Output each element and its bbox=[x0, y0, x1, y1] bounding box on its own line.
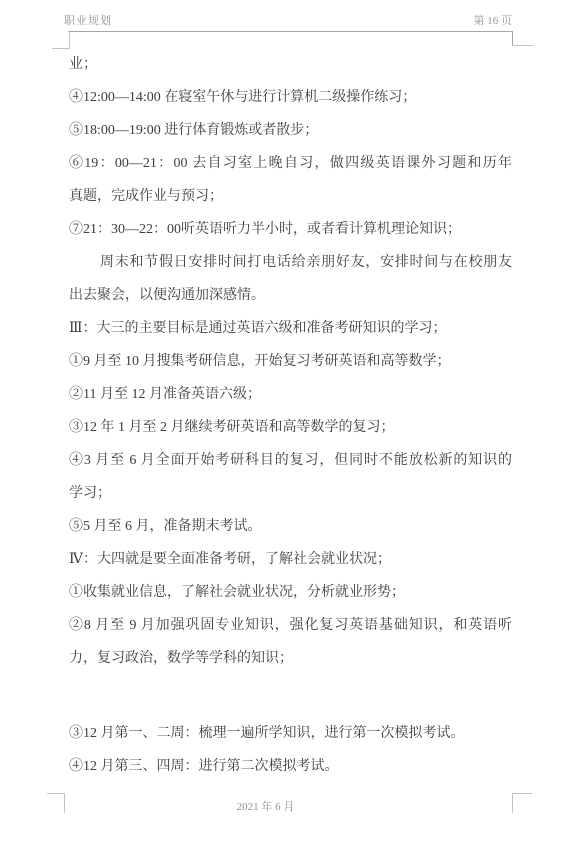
margin-bracket-top-right-icon bbox=[512, 31, 533, 46]
text-line: ④12:00—14:00 在寝室午休与进行计算机二级操作练习； bbox=[69, 81, 512, 114]
text-line: 业； bbox=[69, 48, 512, 81]
text-line: ②11 月至 12 月准备英语六级； bbox=[69, 378, 512, 411]
header-page-number: 第 16 页 bbox=[474, 15, 513, 28]
text-line: ②8 月至 9 月加强巩固专业知识，强化复习英语基础知识，和英语听 bbox=[69, 609, 512, 642]
text-line: Ⅲ：大三的主要目标是通过英语六级和准备考研知识的学习； bbox=[69, 312, 512, 345]
text-line: ①收集就业信息，了解社会就业状况，分析就业形势； bbox=[69, 576, 512, 609]
text-line: 力，复习政治，数学等学科的知识； bbox=[69, 642, 512, 675]
header-rule bbox=[68, 31, 512, 32]
document-body: 业；④12:00—14:00 在寝室午休与进行计算机二级操作练习；⑤18:00—… bbox=[69, 48, 512, 783]
header-title: 职业规划 bbox=[64, 15, 112, 28]
text-line: 学习； bbox=[69, 477, 512, 510]
text-line: ④12 月第三、四周：进行第二次模拟考试。 bbox=[69, 750, 512, 783]
text-line: 周末和节假日安排时间打电话给亲朋好友，安排时间与在校朋友 bbox=[69, 246, 512, 279]
text-line: ⑥19：00—21：00 去自习室上晚自习，做四级英语课外习题和历年 bbox=[69, 147, 512, 180]
text-line: ⑦21：30—22：00听英语听力半小时，或者看计算机理论知识； bbox=[69, 213, 512, 246]
text-line: ①9 月至 10 月搜集考研信息，开始复习考研英语和高等数学； bbox=[69, 345, 512, 378]
text-line: ④3 月至 6 月全面开始考研科目的复习，但同时不能放松新的知识的 bbox=[69, 444, 512, 477]
margin-bracket-top-left-icon bbox=[52, 31, 70, 49]
text-line: Ⅳ：大四就是要全面准备考研，了解社会就业状况； bbox=[69, 543, 512, 576]
document-page: 职业规划 第 16 页 业；④12:00—14:00 在寝室午休与进行计算机二级… bbox=[0, 0, 582, 844]
text-line: ③12 年 1 月至 2 月继续考研英语和高等数学的复习； bbox=[69, 411, 512, 444]
margin-bracket-bottom-left-icon bbox=[47, 793, 65, 813]
text-line: ③12 月第一、二周：梳理一遍所学知识，进行第一次模拟考试。 bbox=[69, 717, 512, 750]
text-line: ⑤18:00—19:00 进行体育锻炼或者散步； bbox=[69, 114, 512, 147]
blank-line bbox=[69, 675, 512, 717]
margin-bracket-bottom-right-icon bbox=[512, 793, 532, 813]
text-line: ⑤5 月至 6 月，准备期末考试。 bbox=[69, 510, 512, 543]
text-line: 出去聚会，以便沟通加深感情。 bbox=[69, 279, 512, 312]
footer-date: 2021 年 6 月 bbox=[69, 801, 462, 814]
text-line: 真题，完成作业与预习； bbox=[69, 180, 512, 213]
